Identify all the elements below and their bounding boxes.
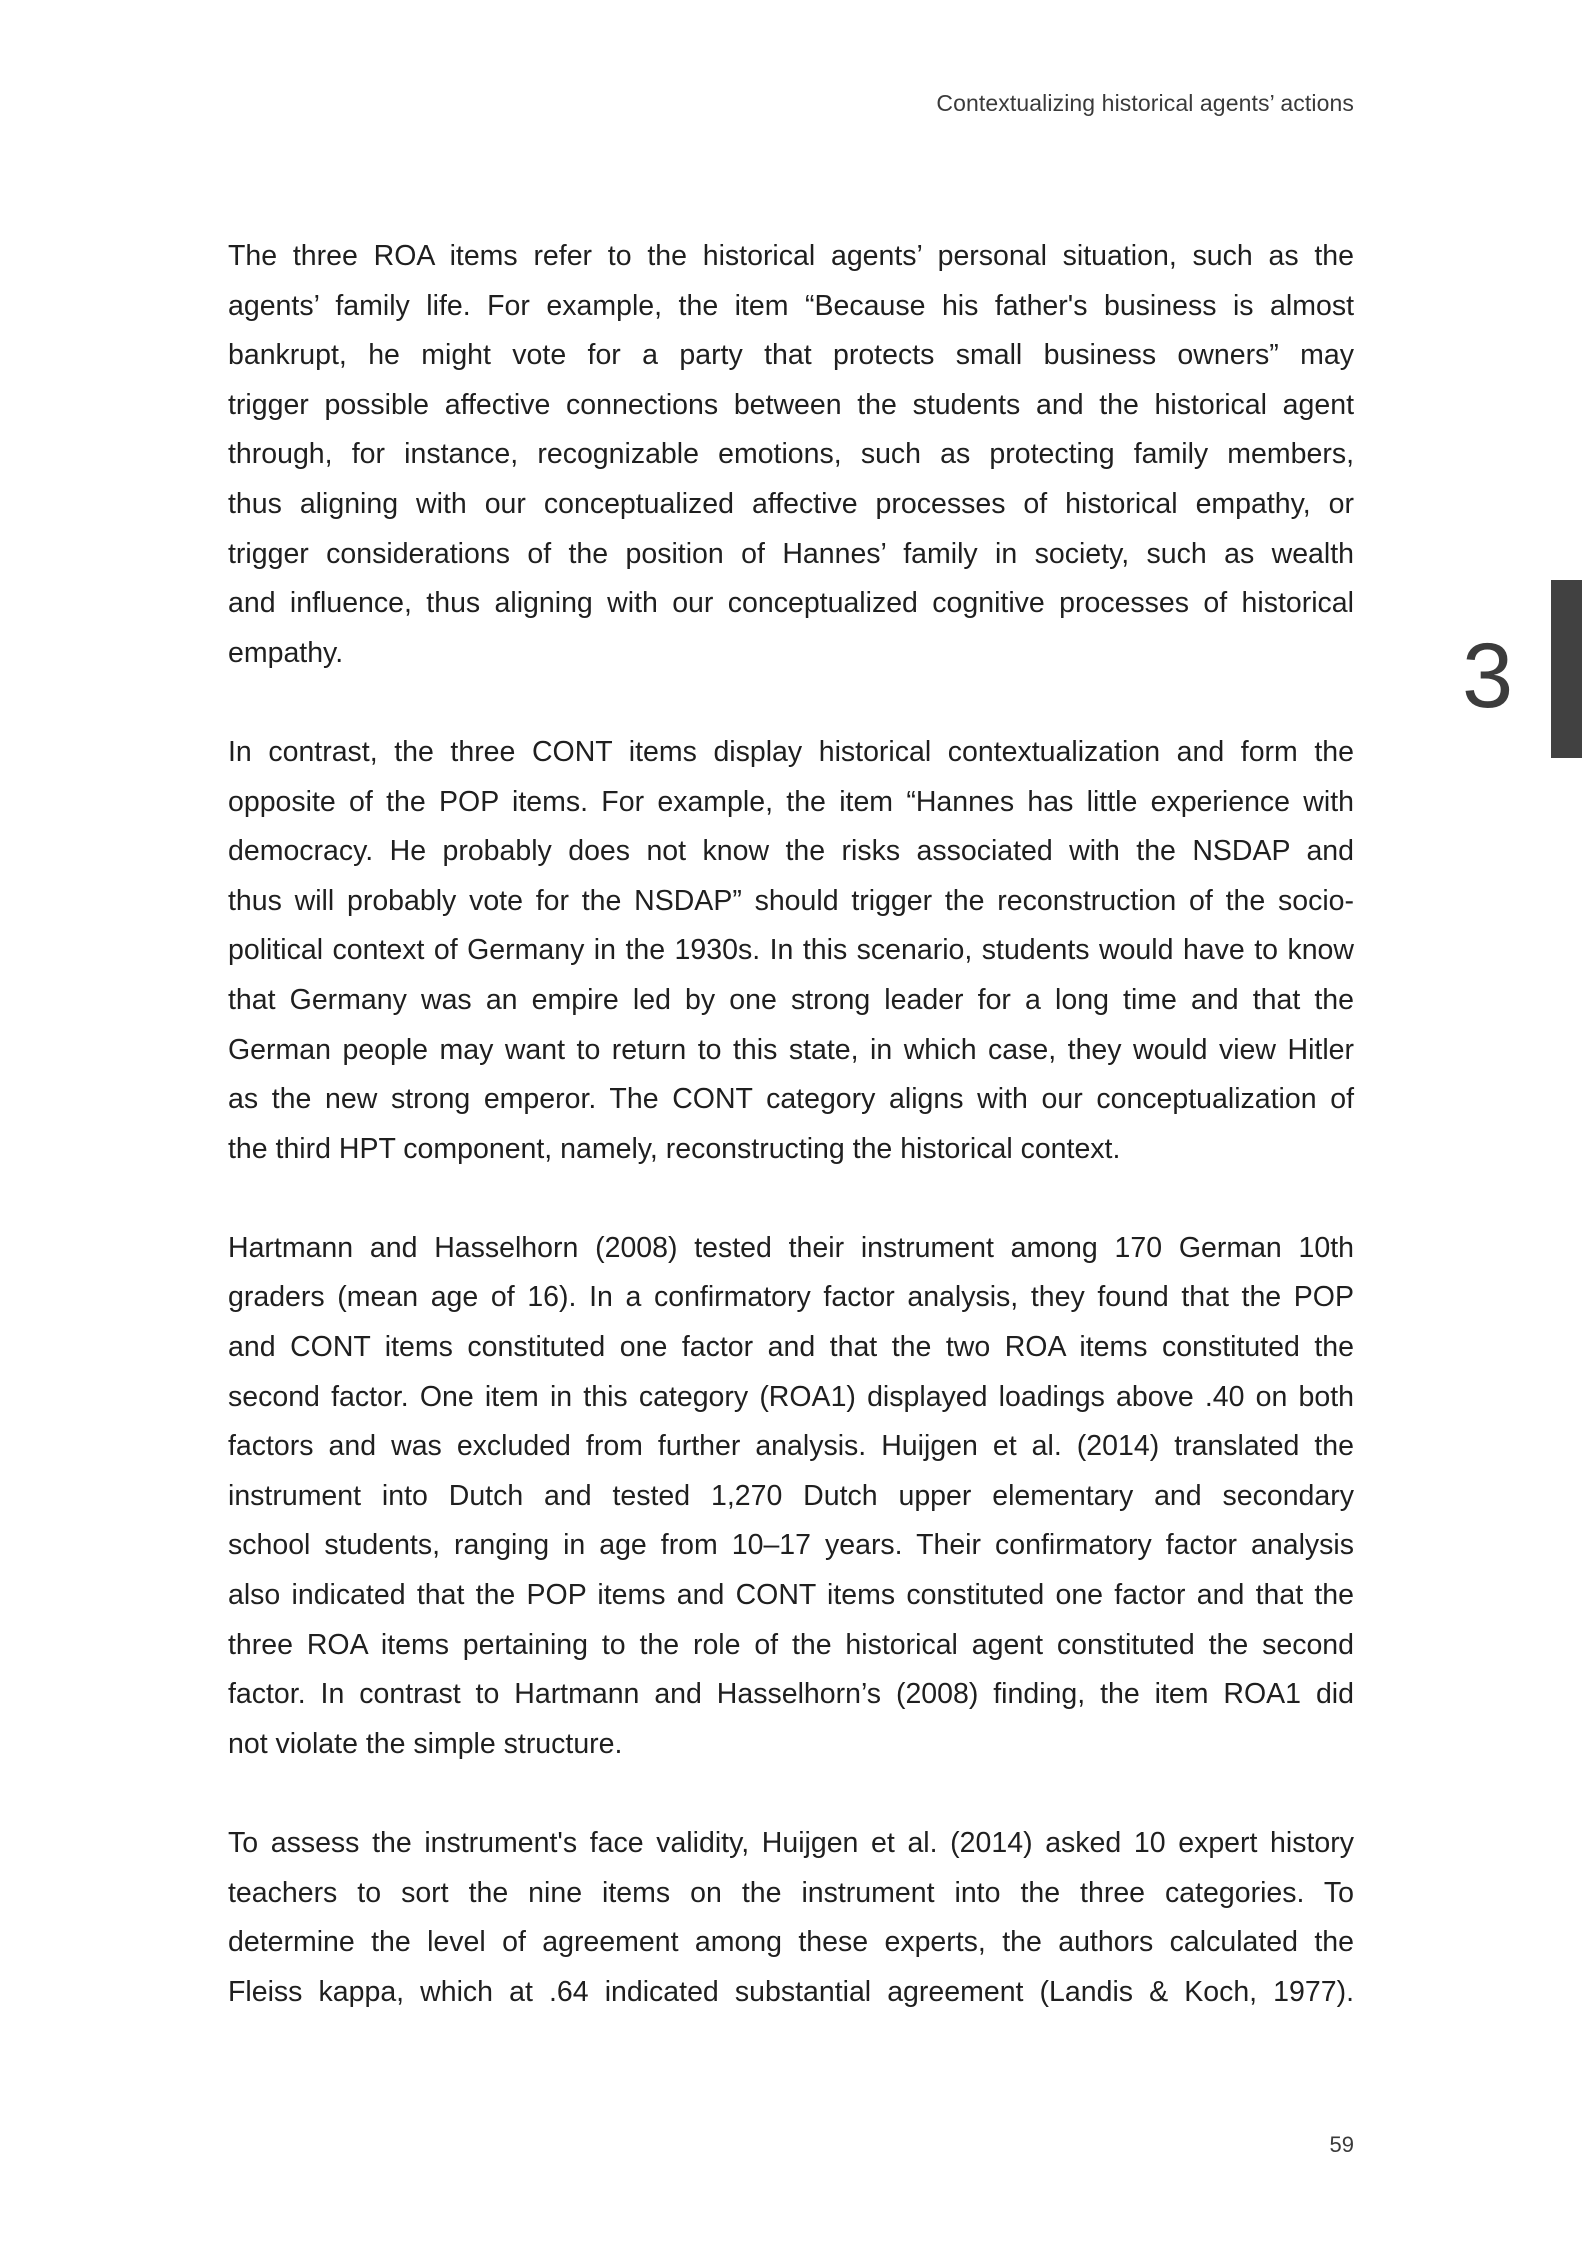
- page-number: 59: [1330, 2132, 1354, 2158]
- text-line: graders (mean age of 16). In a confirmat…: [228, 1273, 1354, 1323]
- text-line: empathy.: [228, 629, 1354, 679]
- body-text: The three ROA items refer to the histori…: [228, 232, 1354, 2067]
- text-line: thus aligning with our conceptualized af…: [228, 480, 1354, 530]
- text-line: Hartmann and Hasselhorn (2008) tested th…: [228, 1224, 1354, 1274]
- text-line: second factor. One item in this category…: [228, 1373, 1354, 1423]
- text-line: determine the level of agreement among t…: [228, 1918, 1354, 1968]
- text-line: In contrast, the three CONT items displa…: [228, 728, 1354, 778]
- chapter-number: 3: [1462, 630, 1513, 722]
- paragraph-cont-items: In contrast, the three CONT items displa…: [228, 728, 1354, 1174]
- text-line: teachers to sort the nine items on the i…: [228, 1869, 1354, 1919]
- text-line: as the new strong emperor. The CONT cate…: [228, 1075, 1354, 1125]
- text-line: opposite of the POP items. For example, …: [228, 778, 1354, 828]
- text-line: thus will probably vote for the NSDAP” s…: [228, 877, 1354, 927]
- text-line: agents’ family life. For example, the it…: [228, 282, 1354, 332]
- text-line: democracy. He probably does not know the…: [228, 827, 1354, 877]
- text-line: trigger possible affective connections b…: [228, 381, 1354, 431]
- text-line: and CONT items constituted one factor an…: [228, 1323, 1354, 1373]
- text-line: The three ROA items refer to the histori…: [228, 232, 1354, 282]
- text-line: through, for instance, recognizable emot…: [228, 430, 1354, 480]
- text-line: political context of Germany in the 1930…: [228, 926, 1354, 976]
- text-line: bankrupt, he might vote for a party that…: [228, 331, 1354, 381]
- text-line: not violate the simple structure.: [228, 1720, 1354, 1770]
- text-line: that Germany was an empire led by one st…: [228, 976, 1354, 1026]
- paragraph-face-validity: To assess the instrument's face validity…: [228, 1819, 1354, 2017]
- text-line: factor. In contrast to Hartmann and Hass…: [228, 1670, 1354, 1720]
- text-line: three ROA items pertaining to the role o…: [228, 1621, 1354, 1671]
- text-line: the third HPT component, namely, reconst…: [228, 1125, 1354, 1175]
- text-line: Fleiss kappa, which at .64 indicated sub…: [228, 1968, 1354, 2018]
- paragraph-roa-items: The three ROA items refer to the histori…: [228, 232, 1354, 678]
- text-line: To assess the instrument's face validity…: [228, 1819, 1354, 1869]
- paragraph-validation-studies: Hartmann and Hasselhorn (2008) tested th…: [228, 1224, 1354, 1770]
- text-line: factors and was excluded from further an…: [228, 1422, 1354, 1472]
- text-line: also indicated that the POP items and CO…: [228, 1571, 1354, 1621]
- text-line: instrument into Dutch and tested 1,270 D…: [228, 1472, 1354, 1522]
- chapter-tab-marker: [1551, 580, 1582, 758]
- text-line: trigger considerations of the position o…: [228, 530, 1354, 580]
- running-header: Contextualizing historical agents’ actio…: [936, 90, 1354, 117]
- text-line: German people may want to return to this…: [228, 1026, 1354, 1076]
- text-line: school students, ranging in age from 10–…: [228, 1521, 1354, 1571]
- text-line: and influence, thus aligning with our co…: [228, 579, 1354, 629]
